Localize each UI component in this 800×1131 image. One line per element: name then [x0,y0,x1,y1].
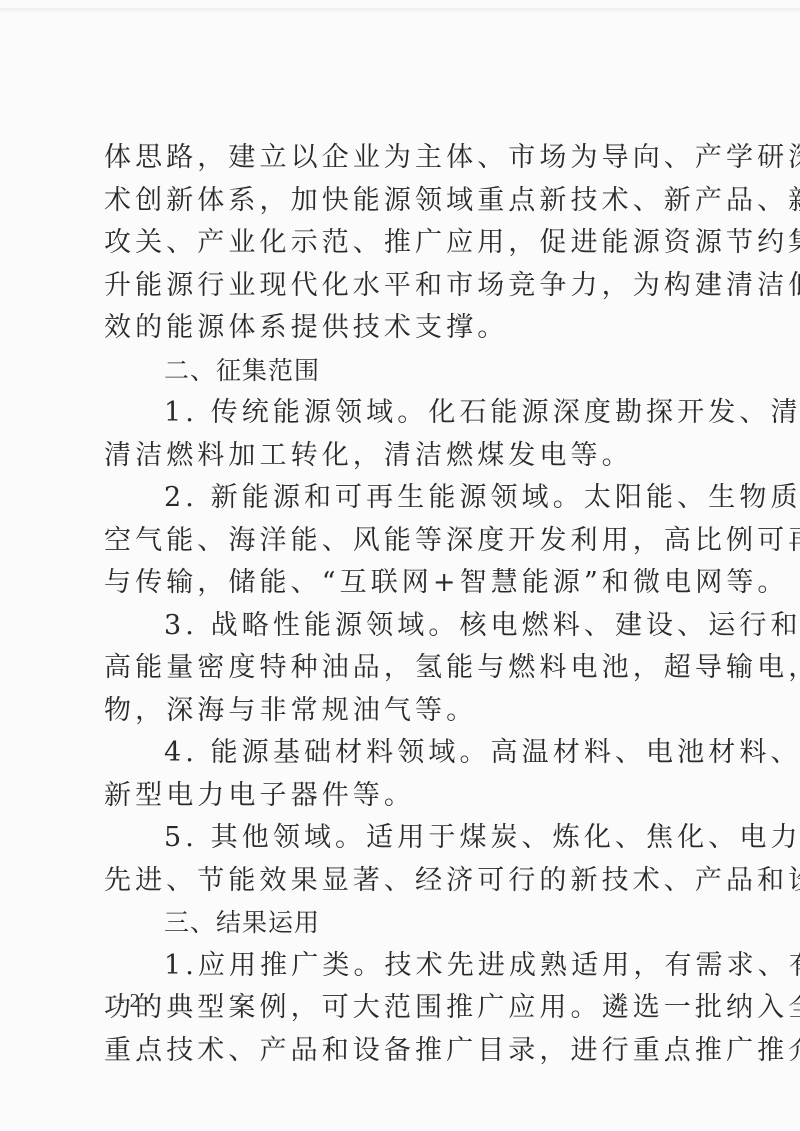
page-number: - 2 - [118,990,151,1013]
body-line: 功的典型案例，可大范围推广应用。遴选一批纳入全省能源领域 [104,987,704,1030]
body-line: 高能量密度特种油品，氢能与燃料电池，超导输电，天然气水合 [104,647,704,690]
body-line: 新型电力电子器件等。 [104,775,704,818]
body-line: 清洁燃料加工转化，清洁燃煤发电等。 [104,435,704,478]
body-line: 与传输，储能、“互联网+智慧能源”和微电网等。 [104,562,704,605]
body-line: 1. 传统能源领域。化石能源深度勘探开发、清洁高效利用， [104,392,704,435]
body-line: 2. 新能源和可再生能源领域。太阳能、生物质能、地热能、 [104,477,704,520]
document-body: 体思路，建立以企业为主体、市场为导向、产学研深度融合的技 术创新体系，加快能源领… [104,137,704,1072]
body-line: 1.应用推广类。技术先进成熟适用，有需求、有市场，有成 [104,945,704,988]
section-heading: 二、征集范围 [104,350,704,393]
body-line: 升能源行业现代化水平和市场竞争力，为构建清洁低碳、安全高 [104,265,704,308]
body-line: 术创新体系，加快能源领域重点新技术、新产品、新设备的研发 [104,180,704,223]
body-line: 先进、节能效果显著、经济可行的新技术、产品和设备。 [104,860,704,903]
body-line: 体思路，建立以企业为主体、市场为导向、产学研深度融合的技 [104,137,704,180]
body-line: 5. 其他领域。适用于煤炭、炼化、焦化、电力等行业，技术 [104,817,704,860]
body-line: 空气能、海洋能、风能等深度开发利用，高比例可再生能源并网 [104,520,704,563]
body-line: 物，深海与非常规油气等。 [104,690,704,733]
body-line: 3. 战略性能源领域。核电燃料、建设、运行和延寿，高清洁、 [104,605,704,648]
body-line: 效的能源体系提供技术支撑。 [104,307,704,350]
section-heading: 三、结果运用 [104,902,704,945]
scan-edge [0,8,800,12]
body-line: 攻关、产业化示范、推广应用，促进能源资源节约集约利用，提 [104,222,704,265]
body-line: 重点技术、产品和设备推广目录，进行重点推广推介，并积极向 [104,1030,704,1073]
body-line: 4. 能源基础材料领域。高温材料、电池材料、催化剂材料、 [104,732,704,775]
